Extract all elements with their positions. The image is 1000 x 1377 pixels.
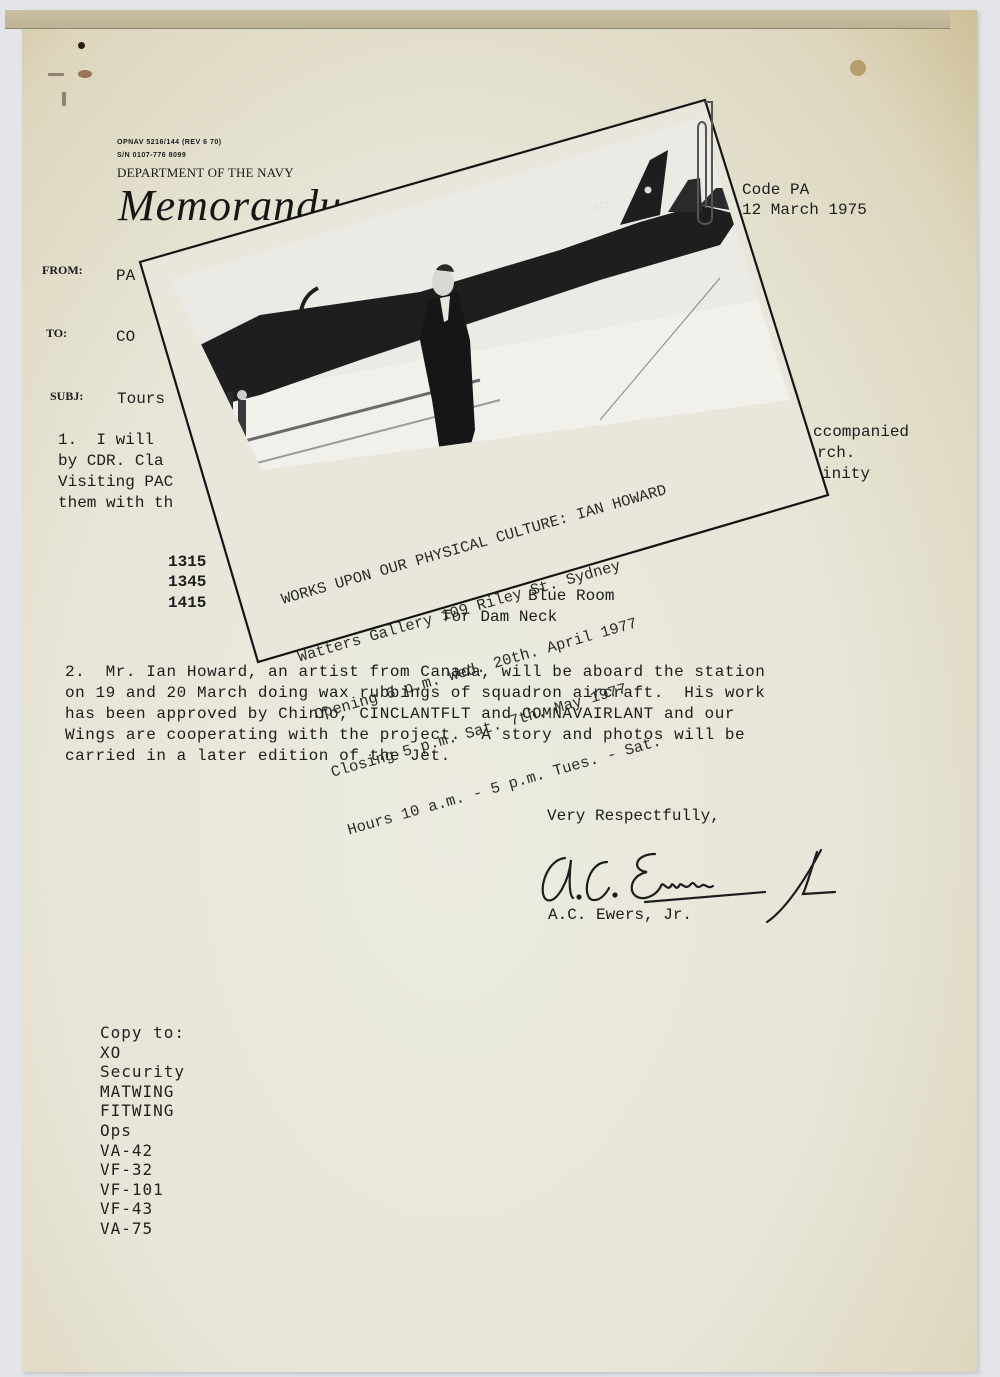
rust-mark (48, 73, 64, 76)
schedule-item: Blue Room (528, 586, 614, 607)
department-name: DEPARTMENT OF THE NAVY (117, 165, 294, 181)
copy-recipient: VF-32 (100, 1160, 185, 1180)
rust-mark (78, 70, 92, 78)
paragraph-1-line: ccompanied (813, 422, 909, 443)
stock-number: S/N 0107-776 8099 (117, 152, 186, 159)
copy-recipient: Security (100, 1062, 185, 1082)
signer-name: A.C. Ewers, Jr. (548, 905, 692, 926)
copy-recipient: XO (100, 1043, 185, 1063)
copy-recipient: MATWING (100, 1082, 185, 1102)
paper-tear (988, 320, 1000, 338)
copy-recipient: VA-42 (100, 1141, 185, 1161)
schedule-time: 1345 (168, 572, 206, 593)
paper-tear (988, 135, 1000, 153)
paragraph-2-line: Wings are cooperating with the project. … (65, 725, 745, 746)
paragraph-1-line: them with th (58, 493, 173, 514)
subject-value: Tours (117, 389, 165, 410)
schedule-time: 1415 (168, 593, 206, 614)
copy-recipient: VA-75 (100, 1219, 185, 1239)
copy-to-list: Copy to: XO Security MATWING FITWING Ops… (100, 1023, 185, 1239)
memorandum-title: Memorandu (118, 180, 342, 231)
paragraph-2-line: on 19 and 20 March doing wax rubbings of… (65, 683, 765, 704)
paragraph-2-line: has been approved by Chinfo, CINCLANTFLT… (65, 704, 735, 725)
copy-recipient: FITWING (100, 1101, 185, 1121)
subject-label: SUBJ: (50, 389, 83, 404)
paragraph-1-line: 1. I will (58, 430, 154, 451)
copy-recipient: Ops (100, 1121, 185, 1141)
paragraph-2-line: carried in a later edition of the Jet. (65, 746, 451, 767)
water-stain (850, 60, 866, 76)
punch-hole-mark (78, 42, 85, 49)
copy-to-label: Copy to: (100, 1023, 185, 1043)
office-code: Code PA (742, 180, 809, 201)
closing-salutation: Very Respectfully, (547, 806, 720, 827)
copy-recipient: VF-101 (100, 1180, 185, 1200)
copy-recipient: VF-43 (100, 1199, 185, 1219)
paragraph-1-line: Visiting PAC (58, 472, 173, 493)
from-label: FROM: (42, 263, 83, 278)
schedule-item: for Dam Neck (442, 607, 557, 628)
paragraph-1-line: by CDR. Cla (58, 451, 164, 472)
to-value: CO (116, 327, 135, 348)
paper-torn-top-edge (5, 10, 950, 29)
paragraph-2-line: 2. Mr. Ian Howard, an artist from Canada… (65, 662, 765, 683)
form-number: OPNAV 5216/144 (REV 6 70) (117, 139, 222, 146)
rust-mark (62, 92, 66, 106)
paragraph-1-line: rch. (817, 443, 855, 464)
schedule-time: 1315 (168, 552, 206, 573)
from-value: PA (116, 266, 135, 287)
paragraph-1-line: inity (822, 464, 870, 485)
memo-date: 12 March 1975 (742, 200, 867, 221)
to-label: TO: (46, 326, 67, 341)
